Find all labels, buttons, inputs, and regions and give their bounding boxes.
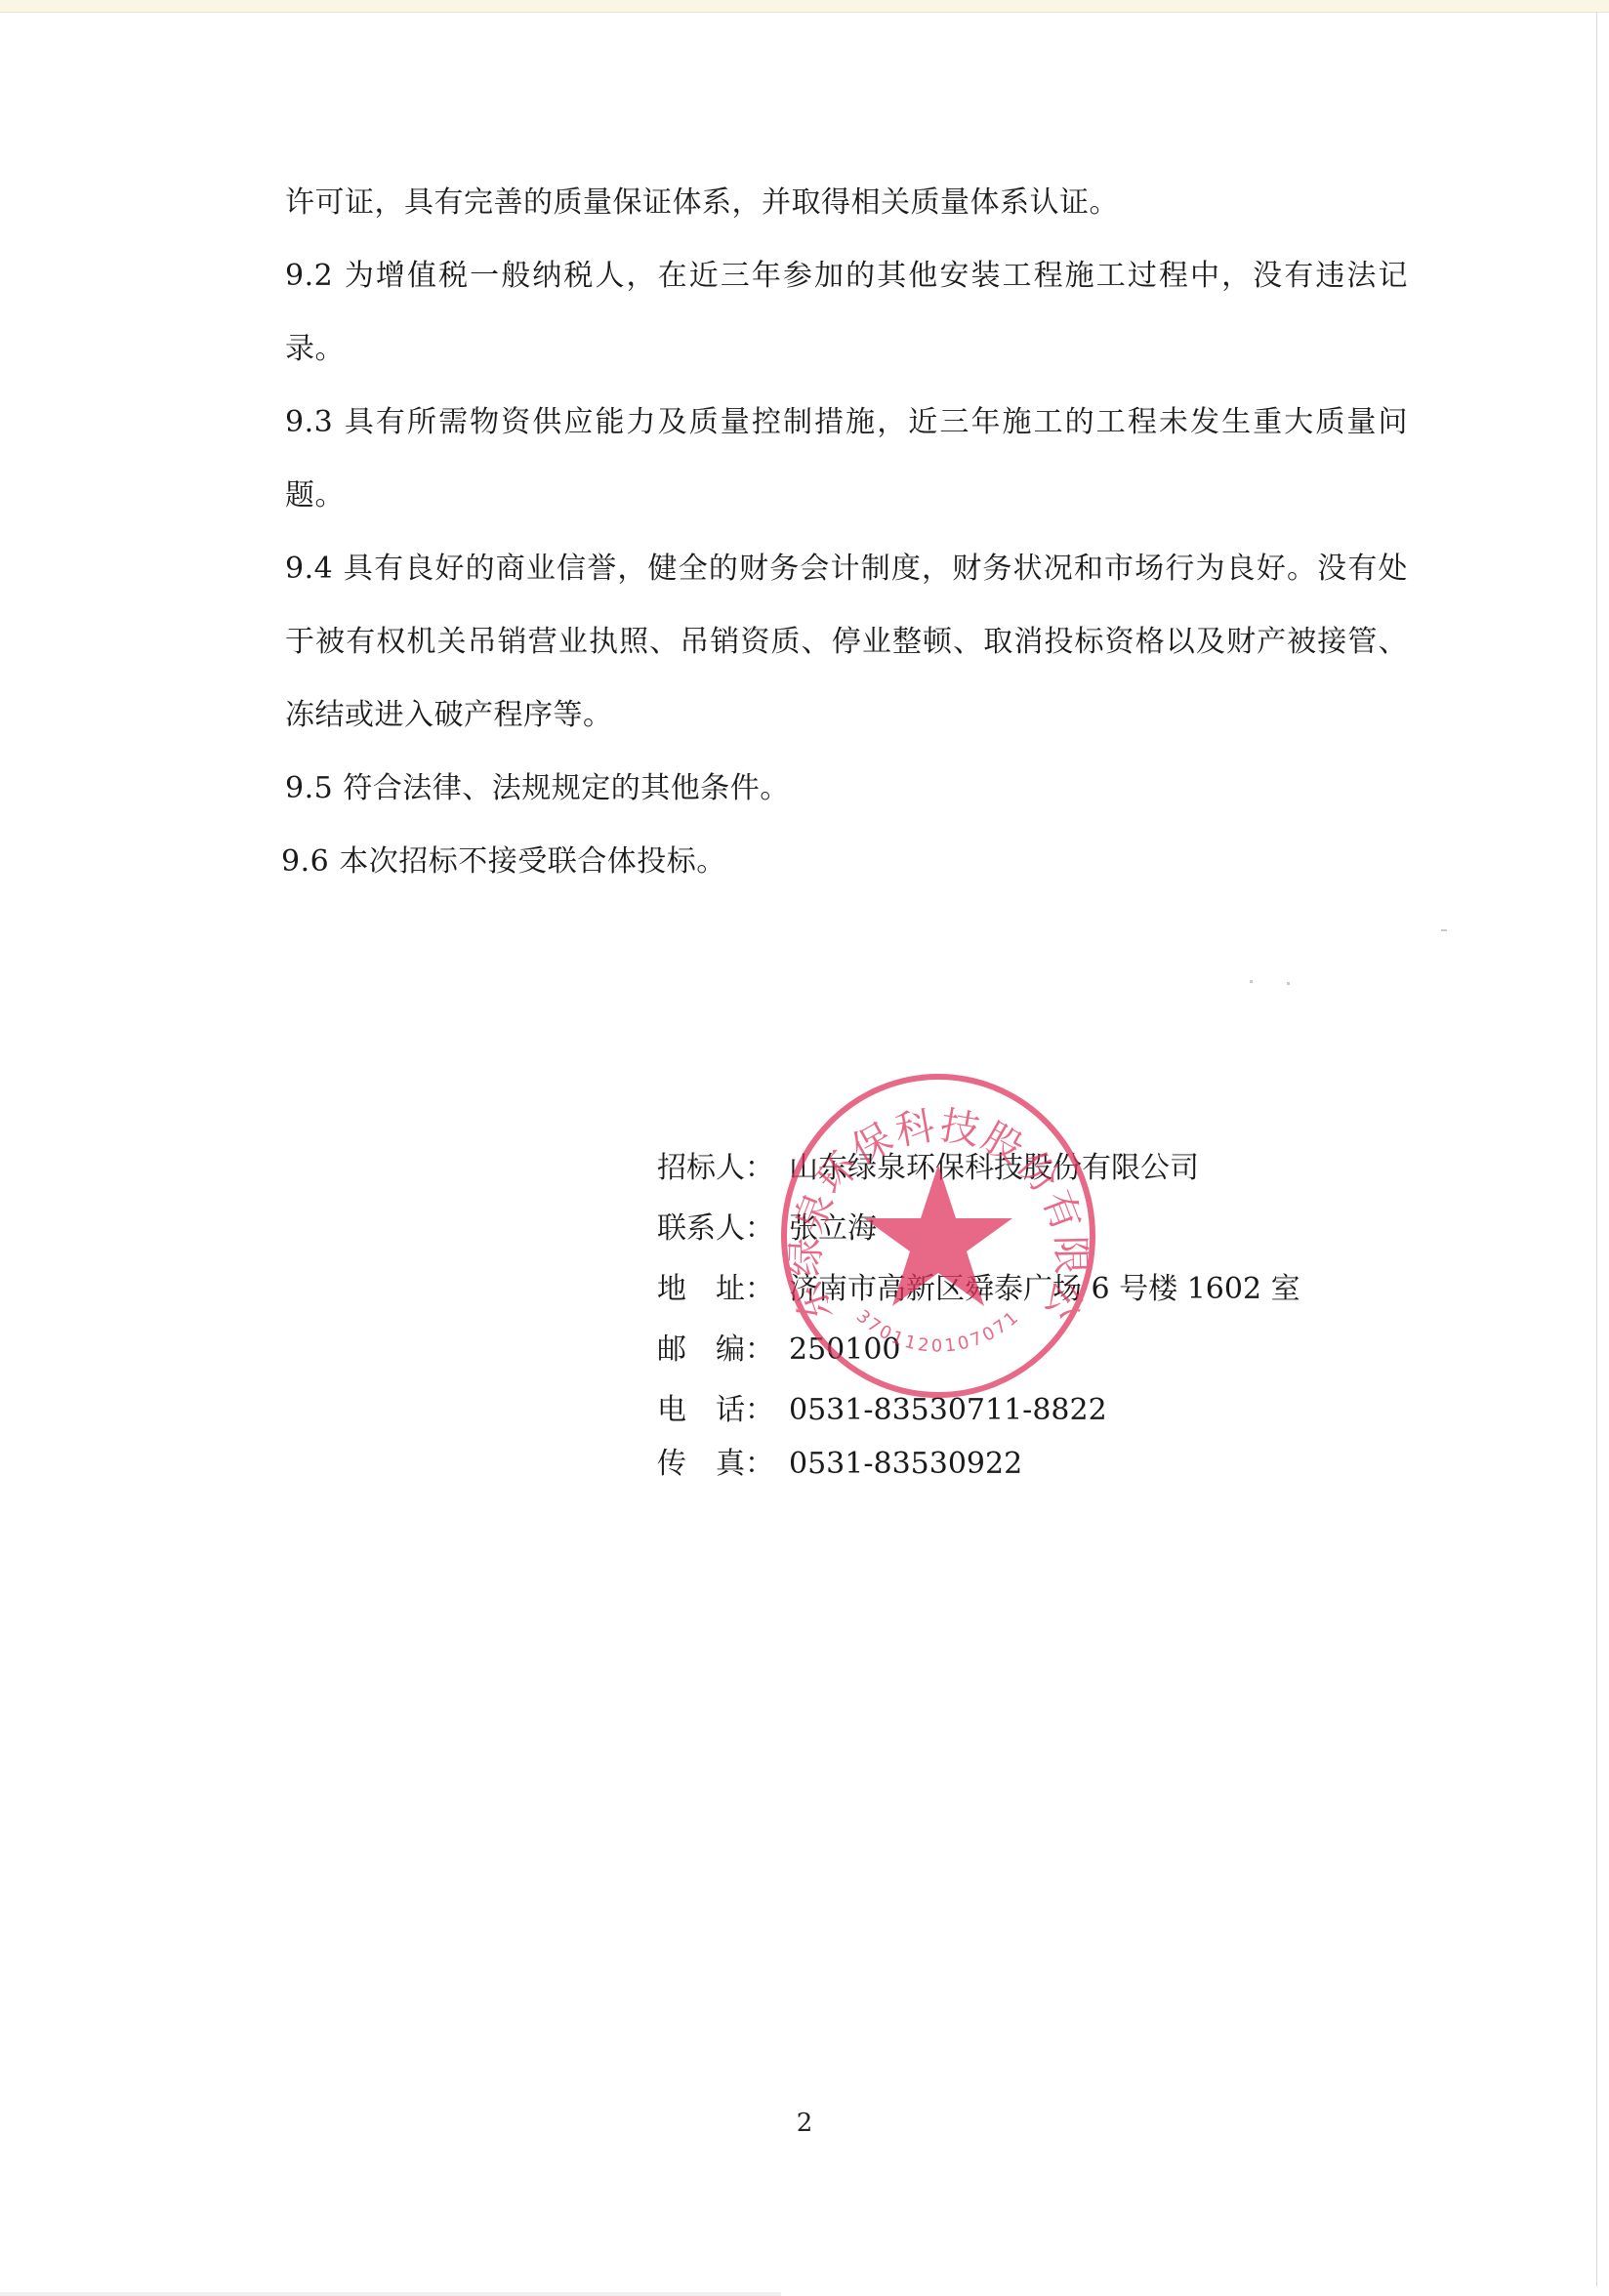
paragraph-9-4: 9.4 具有良好的商业信誉，健全的财务会计制度，财务状况和市场行为良好。没有处于…: [285, 532, 1408, 752]
signature-row-fax: 传 真： 0531-83530922: [657, 1440, 1300, 1489]
paragraph-9-6: 9.6 本次招标不接受联合体投标。: [281, 825, 1408, 898]
paragraph-9-5: 9.5 符合法律、法规规定的其他条件。: [285, 752, 1408, 825]
postcode-label: 邮 编：: [657, 1326, 789, 1374]
signature-row-tenderer: 招标人： 山东绿泉环保科技股份有限公司: [657, 1144, 1300, 1193]
address-value: 济南市高新区舜泰广场 6 号楼 1602 室: [789, 1265, 1300, 1314]
scan-speck: [1441, 929, 1447, 931]
signature-row-postcode: 邮 编： 250100: [657, 1326, 1300, 1374]
contact-label: 联系人：: [657, 1205, 789, 1253]
paragraph-continuation: 许可证，具有完善的质量保证体系，并取得相关质量体系认证。: [285, 166, 1408, 239]
phone-value: 0531-83530711-8822: [789, 1386, 1107, 1435]
tenderer-label: 招标人：: [657, 1144, 789, 1193]
scan-speck: [1287, 982, 1290, 985]
requirements-section: 许可证，具有完善的质量保证体系，并取得相关质量体系认证。 9.2 为增值税一般纳…: [285, 166, 1408, 898]
paragraph-9-2: 9.2 为增值税一般纳税人，在近三年参加的其他安装工程施工过程中，没有违法记录。: [285, 239, 1408, 386]
scan-speck: [1250, 980, 1253, 983]
page-number: 2: [0, 2109, 1609, 2138]
fax-label: 传 真：: [657, 1440, 789, 1489]
address-label: 地 址：: [657, 1265, 789, 1314]
paragraph-9-3: 9.3 具有所需物资供应能力及质量控制措施，近三年施工的工程未发生重大质量问题。: [285, 386, 1408, 532]
signature-row-contact: 联系人： 张立海: [657, 1205, 1300, 1253]
tenderer-value: 山东绿泉环保科技股份有限公司: [789, 1144, 1199, 1193]
postcode-value: 250100: [789, 1326, 901, 1374]
contact-value: 张立海: [789, 1205, 877, 1253]
signature-row-address: 地 址： 济南市高新区舜泰广场 6 号楼 1602 室: [657, 1265, 1300, 1314]
document-page: 许可证，具有完善的质量保证体系，并取得相关质量体系认证。 9.2 为增值税一般纳…: [0, 0, 1609, 2296]
phone-label: 电 话：: [657, 1386, 789, 1435]
signature-block: 招标人： 山东绿泉环保科技股份有限公司 联系人： 张立海 地 址： 济南市高新区…: [657, 1144, 1300, 1500]
signature-row-phone: 电 话： 0531-83530711-8822: [657, 1386, 1300, 1435]
fax-value: 0531-83530922: [789, 1440, 1022, 1489]
